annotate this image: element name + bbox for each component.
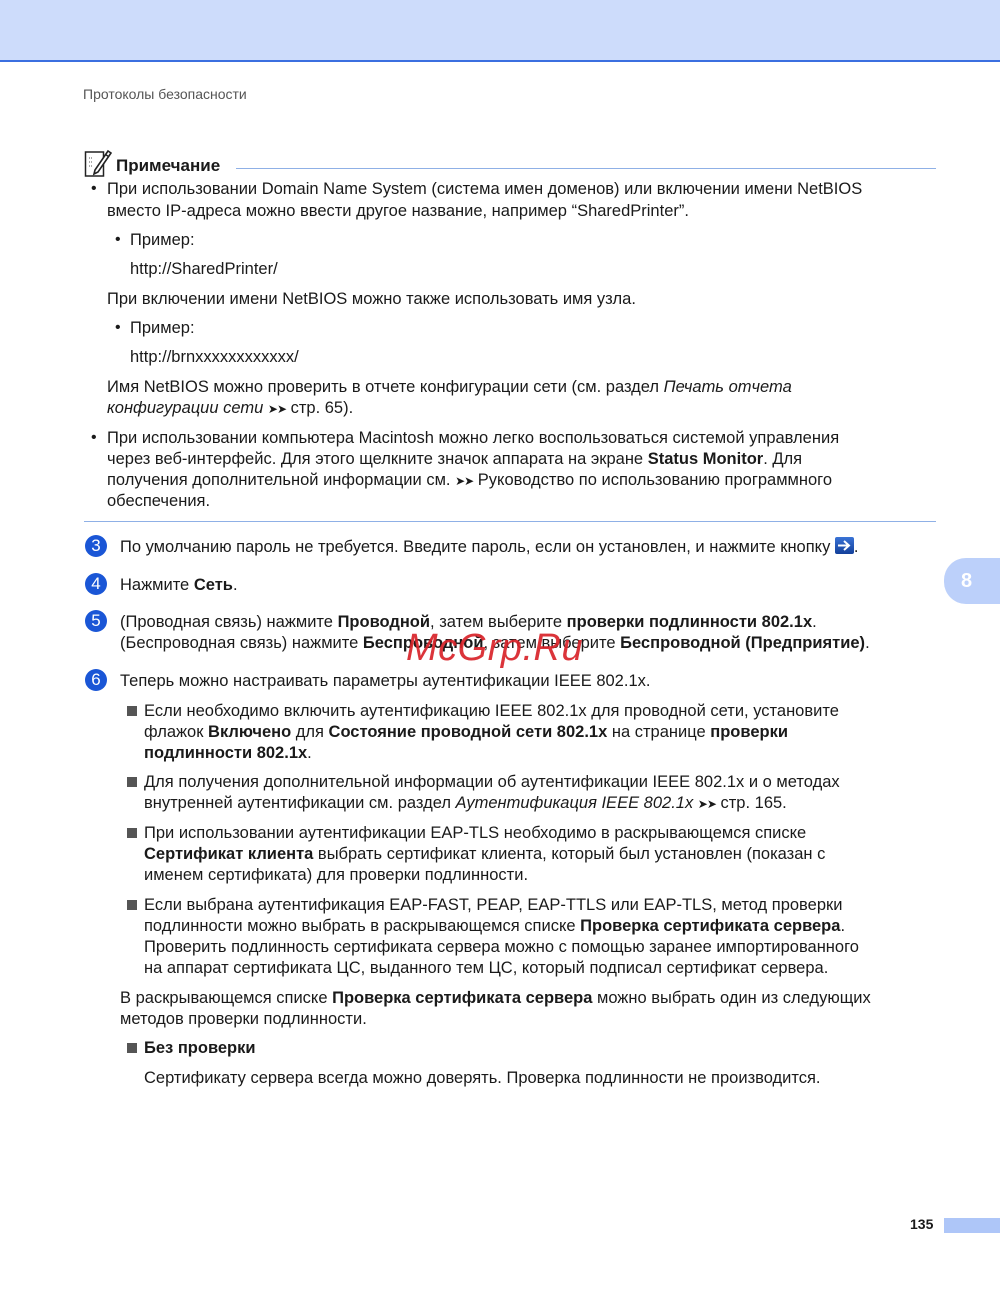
running-header: Протоколы безопасности [83,86,247,102]
note-title: Примечание [116,156,220,176]
note-header: Примечание [84,148,936,178]
step-number-badge: 5 [85,610,107,632]
step-text: По умолчанию пароль не требуется. Введит… [120,537,859,558]
example-label: Пример: [130,230,195,251]
double-arrow-icon: ➤➤ [268,402,286,416]
example-label: Пример: [130,318,195,339]
step-text: Теперь можно настраивать параметры аутен… [120,671,650,692]
xref-link[interactable]: Аутентификация IEEE 802.1x [456,794,694,812]
square-bullet [127,706,137,716]
step-number-badge: 4 [85,573,107,595]
note-text: Имя NetBIOS можно проверить в отчете кон… [107,377,792,398]
bullet-dot: • [115,319,121,337]
square-bullet [127,1043,137,1053]
sub-item-text: подлинности можно выбрать в раскрывающем… [144,916,845,937]
page-number: 135 [910,1216,933,1232]
note-text: При включении имени NetBIOS можно также … [107,289,636,310]
note-text: При использовании Domain Name System (си… [107,179,862,200]
chapter-tab: 8 [944,558,1000,604]
xref-link[interactable]: конфигурации сети [107,399,263,417]
sub-item-text: Проверить подлинность сертификата сервер… [144,937,859,958]
example-url: http://brnxxxxxxxxxxxx/ [130,347,299,368]
square-bullet [127,828,137,838]
paragraph-text: методов проверки подлинности. [120,1009,367,1030]
step-number-badge: 6 [85,669,107,691]
sub-item-text: на аппарат сертификата ЦС, выданного тем… [144,958,828,979]
note-rule [236,168,936,169]
enter-arrow-icon [835,537,854,554]
sub-item-text: Если выбрана аутентификация EAP-FAST, PE… [144,895,842,916]
square-bullet [127,900,137,910]
note-text: вместо IP-адреса можно ввести другое наз… [107,201,689,222]
bullet-dot: • [91,180,97,198]
bullet-dot: • [91,429,97,447]
double-arrow-icon: ➤➤ [455,474,473,488]
sub-item-text: При использовании аутентификации EAP-TLS… [144,823,806,844]
xref-link[interactable]: Печать отчета [664,378,792,396]
step-text: Нажмите Сеть. [120,575,238,596]
double-arrow-icon: ➤➤ [698,797,716,811]
sub-item-text: именем сертификата) для проверки подлинн… [144,865,528,886]
note-bottom-rule [84,521,936,522]
square-bullet [127,777,137,787]
top-band [0,0,1000,62]
step-number-badge: 3 [85,535,107,557]
sub-item-text: Если необходимо включить аутентификацию … [144,701,839,722]
watermark: McGrp.Ru [406,627,583,670]
example-url: http://SharedPrinter/ [130,259,278,280]
note-text: получения дополнительной информации см. … [107,470,832,492]
note-text: конфигурации сети ➤➤ стр. 65). [107,398,353,420]
option-description: Сертификату сервера всегда можно доверят… [144,1068,821,1089]
sub-item-text: внутренней аутентификации см. раздел Аут… [144,793,787,815]
note-text: через веб-интерфейс. Для этого щелкните … [107,449,802,470]
sub-item-text: Сертификат клиента выбрать сертификат кл… [144,844,825,865]
page-number-bar [944,1218,1000,1233]
note-text: обеспечения. [107,491,210,512]
paragraph-text: В раскрывающемся списке Проверка сертифи… [120,988,871,1009]
bullet-dot: • [115,231,121,249]
sub-item-text: флажок Включено для Состояние проводной … [144,722,788,743]
sub-item-text: подлинности 802.1x. [144,743,312,764]
note-pencil-icon [84,148,112,178]
sub-item-text: Для получения дополнительной информации … [144,772,840,793]
note-text: При использовании компьютера Macintosh м… [107,428,839,449]
option-title: Без проверки [144,1038,256,1059]
